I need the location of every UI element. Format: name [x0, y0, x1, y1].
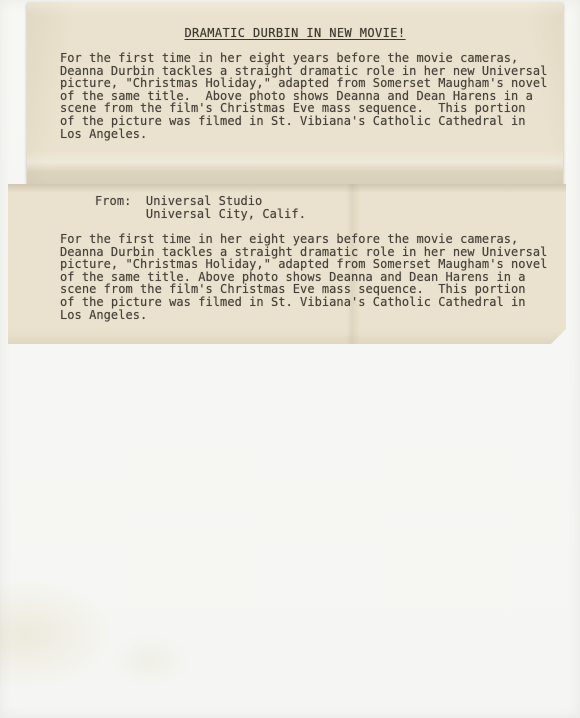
scanned-press-document: DRAMATIC DURBIN IN NEW MOVIE! For the fi… [0, 0, 580, 718]
press-caption-slip-top: DRAMATIC DURBIN IN NEW MOVIE! For the fi… [27, 2, 563, 184]
from-address-block: From: Universal Studio Universal City, C… [95, 195, 306, 220]
caption-paragraph-bottom: For the first time in her eight years be… [60, 233, 547, 321]
caption-paragraph-top: For the first time in her eight years be… [60, 52, 547, 140]
headline: DRAMATIC DURBIN IN NEW MOVIE! [27, 26, 563, 40]
press-caption-slip-bottom: From: Universal Studio Universal City, C… [8, 184, 566, 344]
